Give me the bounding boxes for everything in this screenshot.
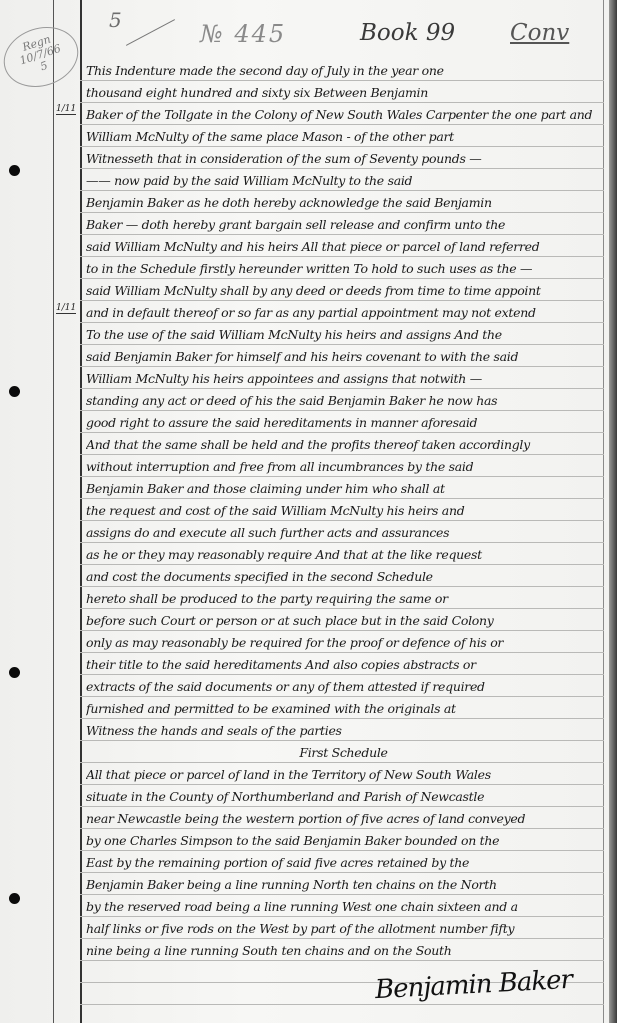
text-line: hereto shall be produced to the party re… — [86, 588, 601, 610]
margin-rule-outer — [53, 0, 54, 1023]
text-line: Benjamin Baker as he doth hereby acknowl… — [86, 192, 601, 214]
entry-number: № 445 — [200, 20, 286, 48]
text-line: Witnesseth that in consideration of the … — [86, 148, 601, 170]
text-line: said Benjamin Baker for himself and his … — [86, 346, 601, 368]
text-line: assigns do and execute all such further … — [86, 522, 601, 544]
text-line: as he or they may reasonably require And… — [86, 544, 601, 566]
text-line: said William McNulty and his heirs All t… — [86, 236, 601, 258]
text-line: by the reserved road being a line runnin… — [86, 896, 601, 918]
text-line: Benjamin Baker being a line running Nort… — [86, 874, 601, 896]
text-line: and in default thereof or so far as any … — [86, 302, 601, 324]
text-line: nine being a line running South ten chai… — [86, 940, 601, 962]
right-margin-rule — [603, 0, 604, 1023]
text-line: situate in the County of Northumberland … — [86, 786, 601, 808]
indenture-body: This Indenture made the second day of Ju… — [86, 60, 601, 962]
text-line: —— now paid by the said William McNulty … — [86, 170, 601, 192]
binding-hole — [9, 893, 20, 904]
binding-hole — [9, 667, 20, 678]
page-edge-shadow — [609, 0, 617, 1023]
text-line: Witness the hands and seals of the parti… — [86, 720, 601, 742]
book-reference: Book 99 — [360, 20, 455, 46]
margin-annotation: 1/11 — [56, 303, 76, 314]
text-line: half links or five rods on the West by p… — [86, 918, 601, 940]
text-line: This Indenture made the second day of Ju… — [86, 60, 601, 82]
binding-hole — [9, 165, 20, 176]
text-line: First Schedule — [86, 742, 601, 764]
document-page: 5 № 445 Book 99 Conv Regn 10/7/66 5 1/11… — [0, 0, 617, 1023]
text-line: William McNulty of the same place Mason … — [86, 126, 601, 148]
folio-slash-mark — [126, 19, 175, 46]
margin-rule-inner — [80, 0, 82, 1023]
text-line: the request and cost of the said William… — [86, 500, 601, 522]
margin-annotation: 1/11 — [56, 104, 76, 115]
ruled-line — [80, 1004, 604, 1005]
text-line: East by the remaining portion of said fi… — [86, 852, 601, 874]
text-line: by one Charles Simpson to the said Benja… — [86, 830, 601, 852]
text-line: near Newcastle being the western portion… — [86, 808, 601, 830]
text-line: furnished and permitted to be examined w… — [86, 698, 601, 720]
text-line: thousand eight hundred and sixty six Bet… — [86, 82, 601, 104]
text-line: extracts of the said documents or any of… — [86, 676, 601, 698]
conveyance-label: Conv — [510, 20, 569, 46]
text-line: William McNulty his heirs appointees and… — [86, 368, 601, 390]
text-line: before such Court or person or at such p… — [86, 610, 601, 632]
text-line: without interruption and free from all i… — [86, 456, 601, 478]
text-line: and cost the documents specified in the … — [86, 566, 601, 588]
text-line: Benjamin Baker and those claiming under … — [86, 478, 601, 500]
text-line: their title to the said hereditaments An… — [86, 654, 601, 676]
text-line: Baker — doth hereby grant bargain sell r… — [86, 214, 601, 236]
binding-hole — [9, 386, 20, 397]
text-line: only as may reasonably be required for t… — [86, 632, 601, 654]
text-line: Baker of the Tollgate in the Colony of N… — [86, 104, 601, 126]
registration-stamp: Regn 10/7/66 5 — [0, 18, 86, 97]
text-line: standing any act or deed of his the said… — [86, 390, 601, 412]
text-line: good right to assure the said hereditame… — [86, 412, 601, 434]
text-line: And that the same shall be held and the … — [86, 434, 601, 456]
signature: Benjamin Baker — [374, 965, 572, 1005]
text-line: to in the Schedule firstly hereunder wri… — [86, 258, 601, 280]
text-line: said William McNulty shall by any deed o… — [86, 280, 601, 302]
text-line: To the use of the said William McNulty h… — [86, 324, 601, 346]
folio-number: 5 — [109, 8, 122, 32]
text-line: All that piece or parcel of land in the … — [86, 764, 601, 786]
register-header: 5 № 445 Book 99 Conv — [95, 8, 605, 44]
